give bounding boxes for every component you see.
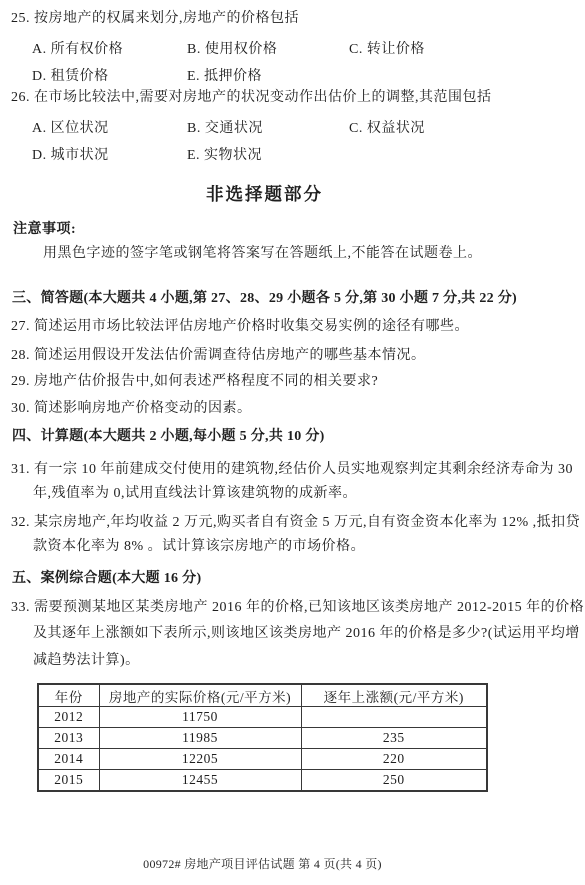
section-title-non-choice: 非选择题部分	[0, 181, 529, 206]
question-25-option-c: C. 转让价格	[349, 38, 425, 58]
question-33-line-1: 33. 需要预测某地区某类房地产 2016 年的价格,已知该地区该类房地产 20…	[11, 600, 584, 615]
question-26-option-e: E. 实物状况	[187, 144, 262, 164]
page-footer: 00972# 房地产项目评估试题 第 4 页(共 4 页)	[0, 855, 525, 872]
question-26-option-d: D. 城市状况	[32, 144, 109, 164]
question-30: 30. 简述影响房地产价格变动的因素。	[11, 401, 252, 416]
notice-heading: 注意事项:	[13, 222, 76, 237]
question-28: 28. 简述运用假设开发法估价需调查待估房地产的哪些基本情况。	[11, 348, 426, 363]
price-data-table: 年份 房地产的实际价格(元/平方米) 逐年上涨额(元/平方米) 2012 117…	[37, 683, 488, 792]
table-header-actual-price: 房地产的实际价格(元/平方米)	[99, 684, 301, 707]
question-33-line-2: 及其逐年上涨额如下表所示,则该地区该类房地产 2016 年的价格是多少?(试运用…	[33, 626, 580, 641]
cell-price: 12455	[99, 770, 301, 792]
table-row: 2012 11750	[38, 707, 487, 728]
cell-increase	[301, 707, 487, 728]
question-26-option-c: C. 权益状况	[349, 117, 425, 137]
question-33-line-3: 减趋势法计算)。	[33, 653, 140, 668]
question-29: 29. 房地产估价报告中,如何表述严格程度不同的相关要求?	[11, 374, 378, 389]
cell-price: 11985	[99, 728, 301, 749]
table-row: 2013 11985 235	[38, 728, 487, 749]
question-26-option-b: B. 交通状况	[187, 117, 263, 137]
question-25-stem: 25. 按房地产的权属来划分,房地产的价格包括	[11, 11, 299, 26]
question-27: 27. 简述运用市场比较法评估房地产价格时收集交易实例的途径有哪些。	[11, 319, 469, 334]
table-row: 2015 12455 250	[38, 770, 487, 792]
table-row: 2014 12205 220	[38, 749, 487, 770]
notice-body: 用黑色字迹的签字笔或钢笔将答案写在答题纸上,不能答在试题卷上。	[43, 246, 482, 261]
question-26-stem: 26. 在市场比较法中,需要对房地产的状况变动作出估价上的调整,其范围包括	[11, 90, 492, 105]
section-3-heading: 三、简答题(本大题共 4 小题,第 27、28、29 小题各 5 分,第 30 …	[12, 291, 517, 306]
question-25-options-row-2: D. 租赁价格 E. 抵押价格	[0, 65, 585, 83]
section-4-heading: 四、计算题(本大题共 2 小题,每小题 5 分,共 10 分)	[12, 429, 325, 444]
cell-increase: 220	[301, 749, 487, 770]
question-31-line-1: 31. 有一宗 10 年前建成交付使用的建筑物,经估价人员实地观察判定其剩余经济…	[11, 462, 573, 477]
cell-price: 11750	[99, 707, 301, 728]
exam-page: 25. 按房地产的权属来划分,房地产的价格包括 A. 所有权价格 B. 使用权价…	[0, 0, 585, 885]
table-header-annual-increase: 逐年上涨额(元/平方米)	[301, 684, 487, 707]
cell-increase: 235	[301, 728, 487, 749]
question-25-option-d: D. 租赁价格	[32, 65, 109, 85]
section-5-heading: 五、案例综合题(本大题 16 分)	[12, 571, 201, 586]
cell-increase: 250	[301, 770, 487, 792]
question-32-line-1: 32. 某宗房地产,年均收益 2 万元,购买者自有资金 5 万元,自有资金资本化…	[11, 515, 580, 530]
question-32-line-2: 款资本化率为 8% 。试计算该宗房地产的市场价格。	[33, 539, 365, 554]
cell-year: 2013	[38, 728, 99, 749]
table-header-row: 年份 房地产的实际价格(元/平方米) 逐年上涨额(元/平方米)	[38, 684, 487, 707]
question-25-option-a: A. 所有权价格	[32, 38, 123, 58]
cell-price: 12205	[99, 749, 301, 770]
question-26-options-row-1: A. 区位状况 B. 交通状况 C. 权益状况	[0, 117, 585, 135]
question-26-options-row-2: D. 城市状况 E. 实物状况	[0, 144, 585, 162]
question-25-options-row-1: A. 所有权价格 B. 使用权价格 C. 转让价格	[0, 38, 585, 56]
question-26-option-a: A. 区位状况	[32, 117, 109, 137]
cell-year: 2015	[38, 770, 99, 792]
table-header-year: 年份	[38, 684, 99, 707]
cell-year: 2012	[38, 707, 99, 728]
cell-year: 2014	[38, 749, 99, 770]
question-31-line-2: 年,残值率为 0,试用直线法计算该建筑物的成新率。	[33, 486, 357, 501]
question-25-option-b: B. 使用权价格	[187, 38, 277, 58]
question-25-option-e: E. 抵押价格	[187, 65, 262, 85]
